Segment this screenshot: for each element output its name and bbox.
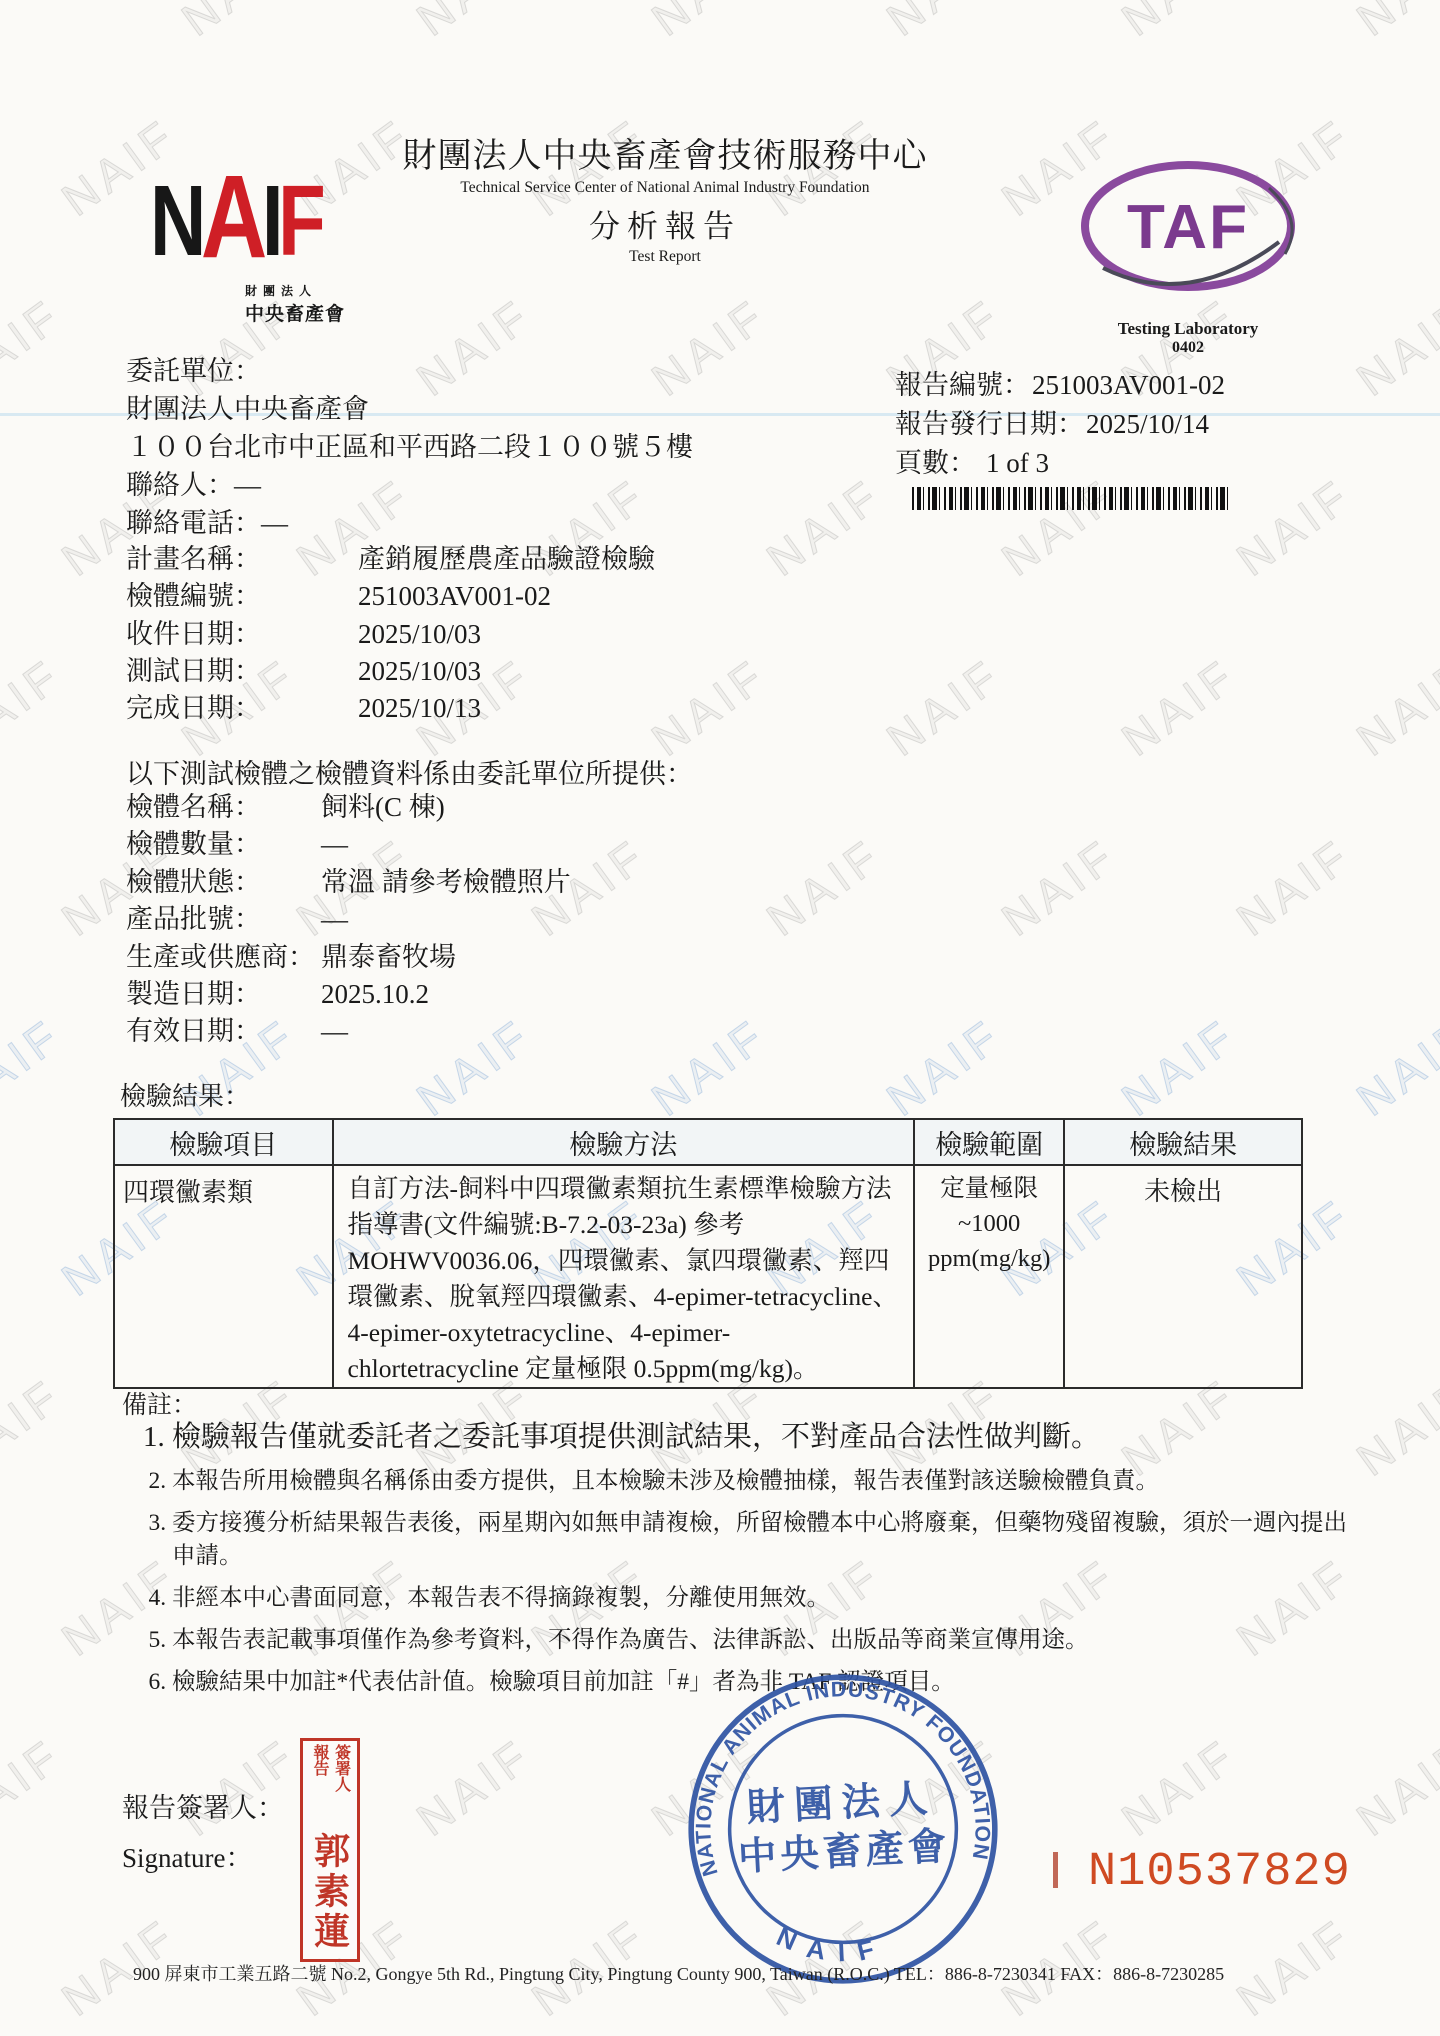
contact-value: — <box>234 470 261 500</box>
sample-row-supplier: 生產或供應商：鼎泰畜牧場 <box>126 939 571 976</box>
result-value-cell: 未檢出 <box>1064 1165 1302 1388</box>
sample-exp-value: — <box>321 1013 348 1050</box>
org-title-en: Technical Service Center of National Ani… <box>370 179 960 197</box>
stamp-title-right-column: 簽署人 <box>330 1744 352 1830</box>
naif-subtitle-small: 財團法人 <box>245 282 345 299</box>
sample-info-rows: 檢體名稱：飼料(C 棟) 檢體數量：— 檢體狀態：常溫 請參考檢體照片 產品批號… <box>126 789 571 1051</box>
sample-row-exp-date: 有效日期：— <box>126 1013 571 1050</box>
result-method-cell: 自訂方法-飼料中四環黴素類抗生素標準檢驗方法指導書(文件編號:B-7.2-03-… <box>333 1165 914 1388</box>
sample-mfg-label: 製造日期： <box>126 976 321 1013</box>
report-no-value: 251003AV001-02 <box>1032 370 1225 400</box>
stamp-title-left-column: 報告 <box>308 1744 330 1830</box>
red-ink-artifact <box>1053 1852 1058 1888</box>
report-title-zh: 分析報告 <box>370 201 960 246</box>
sample-no-label: 檢體編號： <box>126 578 358 615</box>
report-barcode <box>912 487 1230 510</box>
project-value: 產銷履歷農產品驗證檢驗 <box>358 541 655 578</box>
issue-date-label: 報告發行日期： <box>895 409 1084 439</box>
range-line-2: ~1000 <box>916 1206 1062 1241</box>
naif-letter-i: I <box>262 165 278 277</box>
title-block: 財團法人中央畜產會技術服務中心 Technical Service Center… <box>370 128 960 266</box>
contact-label: 聯絡人： <box>126 470 234 500</box>
issue-date-line: 報告發行日期：2025/10/14 <box>895 405 1225 444</box>
sample-supplier-value: 鼎泰畜牧場 <box>321 939 456 976</box>
report-title-en: Test Report <box>370 248 960 266</box>
results-data-row: 四環黴素類 自訂方法-飼料中四環黴素類抗生素標準檢驗方法指導書(文件編號:B-7… <box>114 1165 1302 1388</box>
completed-label: 完成日期： <box>126 690 358 727</box>
case-info-rows: 計畫名稱：產銷履歷農產品驗證檢驗 檢體編號：251003AV001-02 收件日… <box>126 541 655 727</box>
range-line-1: 定量極限 <box>916 1171 1062 1206</box>
report-no-label: 報告編號： <box>895 370 1030 400</box>
org-title-zh: 財團法人中央畜產會技術服務中心 <box>370 128 960 177</box>
info-row-sample-no: 檢體編號：251003AV001-02 <box>126 578 655 615</box>
taf-accreditation-mark: TAF Testing Laboratory 0402 <box>1068 150 1308 357</box>
signer-label-zh: 報告簽署人： <box>122 1786 284 1825</box>
client-unit-name: 財團法人中央畜產會 <box>126 390 693 428</box>
results-heading: 檢驗結果： <box>120 1076 250 1113</box>
taf-logo-icon: TAF <box>1073 150 1303 312</box>
sample-qty-label: 檢體數量： <box>126 826 321 863</box>
naif-logo: NAIF 財團法人 中央畜產會 <box>150 158 360 338</box>
pages-label: 頁數： <box>895 448 976 478</box>
taf-logo-text: TAF <box>1127 193 1249 262</box>
client-contact-line: 聯絡人：— <box>126 466 693 504</box>
stamp-signer-name: 郭素蓮 <box>305 1832 356 1952</box>
sample-exp-label: 有效日期： <box>126 1013 321 1050</box>
sample-name-label: 檢體名稱： <box>126 789 321 826</box>
col-header-range: 檢驗範圍 <box>914 1119 1064 1165</box>
completed-value: 2025/10/13 <box>358 690 481 727</box>
phone-value: — <box>261 508 288 538</box>
issue-date-value: 2025/10/14 <box>1086 409 1209 439</box>
sample-supplier-label: 生產或供應商： <box>126 939 321 976</box>
sample-batch-value: — <box>321 901 348 938</box>
client-unit-label: 委託單位： <box>126 352 693 390</box>
report-no-line: 報告編號：251003AV001-02 <box>895 366 1225 405</box>
notes-list: 檢驗報告僅就委託者之委託事項提供測試結果，不對產品合法性做判斷。 本報告所用檢體… <box>128 1414 1357 1708</box>
note-item-2: 本報告所用檢體與名稱係由委方提供，且本檢驗未涉及檢體抽樣，報告表僅對該送驗檢體負… <box>172 1465 1357 1498</box>
sample-state-label: 檢體狀態： <box>126 864 321 901</box>
naif-letter-a: A <box>201 151 262 283</box>
sample-row-name: 檢體名稱：飼料(C 棟) <box>126 789 571 826</box>
results-header-row: 檢驗項目 檢驗方法 檢驗範圍 檢驗結果 <box>114 1119 1302 1165</box>
pages-value: 1 of 3 <box>986 448 1049 478</box>
client-unit-address: １００台北市中正區和平西路二段１００號５樓 <box>126 428 693 466</box>
info-row-project: 計畫名稱：產銷履歷農產品驗證檢驗 <box>126 541 655 578</box>
info-row-tested: 測試日期：2025/10/03 <box>126 653 655 690</box>
results-table: 檢驗項目 檢驗方法 檢驗範圍 檢驗結果 四環黴素類 自訂方法-飼料中四環黴素類抗… <box>113 1118 1303 1389</box>
note-item-4: 非經本中心書面同意，本報告表不得摘錄複製，分離使用無效。 <box>172 1582 1357 1615</box>
naif-letter-f: F <box>278 165 320 277</box>
sample-no-value: 251003AV001-02 <box>358 578 551 615</box>
seal-center-line-1: 財團法人 <box>746 1777 938 1830</box>
report-content: NAIF 財團法人 中央畜產會 財團法人中央畜產會技術服務中心 Technica… <box>0 0 1440 2036</box>
sample-mfg-value: 2025.10.2 <box>321 976 429 1013</box>
note-item-5: 本報告表記載事項僅作為參考資料，不得作為廣告、法律訴訟、出版品等商業宣傳用途。 <box>172 1624 1357 1657</box>
sample-name-value: 飼料(C 棟) <box>321 789 445 826</box>
note-item-3: 委方接獲分析結果報告表後，兩星期內如無申請複檢，所留檢體本中心將廢棄，但藥物殘留… <box>172 1507 1357 1573</box>
client-block: 委託單位： 財團法人中央畜產會 １００台北市中正區和平西路二段１００號５樓 聯絡… <box>126 352 693 542</box>
info-row-completed: 完成日期：2025/10/13 <box>126 690 655 727</box>
note-item-1: 檢驗報告僅就委託者之委託事項提供測試結果，不對產品合法性做判斷。 <box>172 1414 1357 1455</box>
foundation-seal-stamp: NATIONAL ANIMAL INDUSTRY FOUNDATION NAIF… <box>667 1653 1018 2004</box>
sample-row-mfg-date: 製造日期：2025.10.2 <box>126 976 571 1013</box>
taf-label: Testing Laboratory <box>1068 319 1308 339</box>
seal-center-line-2: 中央畜產會 <box>737 1825 951 1879</box>
col-header-method: 檢驗方法 <box>333 1119 914 1165</box>
sample-row-state: 檢體狀態：常溫 請參考檢體照片 <box>126 864 571 901</box>
sample-state-value: 常溫 請參考檢體照片 <box>321 864 571 901</box>
naif-logo-subtitle: 財團法人 中央畜產會 <box>245 282 345 326</box>
client-phone-line: 聯絡電話：— <box>126 504 693 542</box>
result-range-cell: 定量極限 ~1000 ppm(mg/kg) <box>914 1165 1064 1388</box>
sample-row-qty: 檢體數量：— <box>126 826 571 863</box>
taf-number: 0402 <box>1068 339 1308 357</box>
col-header-item: 檢驗項目 <box>114 1119 333 1165</box>
received-label: 收件日期： <box>126 616 358 653</box>
footer-address-line: 900 屏東市工業五路二號 No.2, Gongye 5th Rd., Ping… <box>133 1960 1333 1986</box>
serial-number: N10537829 <box>1088 1846 1351 1899</box>
phone-label: 聯絡電話： <box>126 508 261 538</box>
result-item-cell: 四環黴素類 <box>114 1165 333 1388</box>
col-header-result: 檢驗結果 <box>1064 1119 1302 1165</box>
received-value: 2025/10/03 <box>358 616 481 653</box>
report-meta: 報告編號：251003AV001-02 報告發行日期：2025/10/14 頁數… <box>895 366 1225 483</box>
tested-label: 測試日期： <box>126 653 358 690</box>
naif-logo-letters: NAIF <box>150 158 320 276</box>
pages-line: 頁數：1 of 3 <box>895 444 1225 483</box>
signer-red-stamp: 簽署人 報告 郭素蓮 <box>300 1738 360 1962</box>
naif-subtitle-large: 中央畜產會 <box>245 299 345 326</box>
test-report-page: NAIFNAIFNAIFNAIFNAIFNAIFNAIFNAIFNAIFNAIF… <box>0 0 1440 2036</box>
stamp-title: 簽署人 報告 <box>308 1744 351 1830</box>
sample-intro: 以下測試檢體之檢體資料係由委託單位所提供： <box>126 752 693 791</box>
project-label: 計畫名稱： <box>126 541 358 578</box>
naif-letter-n: N <box>150 165 201 277</box>
tested-value: 2025/10/03 <box>358 653 481 690</box>
sample-qty-value: — <box>321 826 348 863</box>
range-line-3: ppm(mg/kg) <box>916 1241 1062 1276</box>
sample-row-batch: 產品批號：— <box>126 901 571 938</box>
sample-batch-label: 產品批號： <box>126 901 321 938</box>
signer-label-en: Signature： <box>122 1836 252 1875</box>
info-row-received: 收件日期：2025/10/03 <box>126 616 655 653</box>
